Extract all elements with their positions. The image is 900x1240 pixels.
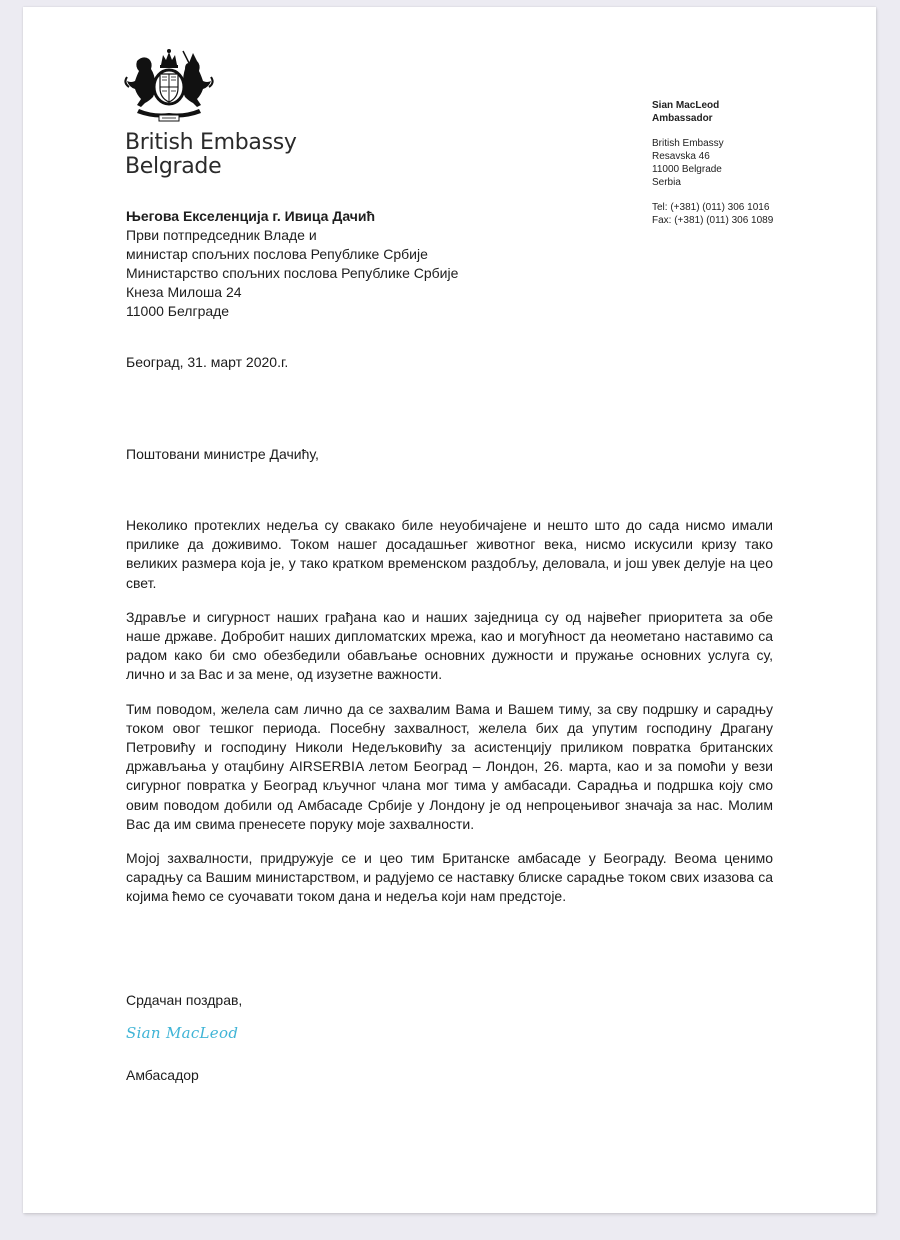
closing: Срдачан поздрав, xyxy=(126,991,242,1010)
sender-address-line: British Embassy xyxy=(652,137,773,150)
body-paragraph: Тим поводом, желела сам лично да се захв… xyxy=(126,700,773,834)
embassy-name-line2: Belgrade xyxy=(125,155,297,179)
body-paragraph: Здравље и сигурност наших грађана као и … xyxy=(126,608,773,685)
body-paragraph: Мојој захвалности, придружује се и цео т… xyxy=(126,849,773,907)
signer-title: Амбасадор xyxy=(126,1066,199,1085)
letter-page: British Embassy Belgrade Sian MacLeod Am… xyxy=(23,7,876,1213)
salutation: Поштовани министре Дачићу, xyxy=(126,445,319,464)
recipient-line: 11000 Белграде xyxy=(126,302,458,321)
recipient-name: Његова Екселенција г. Ивица Дачић xyxy=(126,207,458,226)
sender-block: Sian MacLeod Ambassador British Embassy … xyxy=(652,99,773,227)
embassy-name-line1: British Embassy xyxy=(125,131,297,155)
sender-address-line: Serbia xyxy=(652,176,773,189)
recipient-block: Његова Екселенција г. Ивица Дачић Први п… xyxy=(126,207,458,321)
recipient-line: министар спољних послова Републике Србиј… xyxy=(126,245,458,264)
letter-body: Неколико протеклих недеља су свакако бил… xyxy=(126,516,773,922)
sender-address-line: Resavska 46 xyxy=(652,150,773,163)
recipient-line: Кнеза Милоша 24 xyxy=(126,283,458,302)
embassy-name: British Embassy Belgrade xyxy=(125,131,297,179)
letter-date: Београд, 31. март 2020.г. xyxy=(126,353,288,372)
body-paragraph: Неколико протеклих недеља су свакако бил… xyxy=(126,516,773,593)
signature: Sian MacLeod xyxy=(126,1024,238,1042)
recipient-line: Министарство спољних послова Републике С… xyxy=(126,264,458,283)
sender-fax: Fax: (+381) (011) 306 1089 xyxy=(652,214,773,227)
sender-name: Sian MacLeod xyxy=(652,99,773,112)
sender-tel: Tel: (+381) (011) 306 1016 xyxy=(652,201,773,214)
royal-coat-of-arms-icon xyxy=(123,47,215,123)
recipient-line: Први потпредседник Владе и xyxy=(126,226,458,245)
sender-address-line: 11000 Belgrade xyxy=(652,163,773,176)
sender-title: Ambassador xyxy=(652,112,773,125)
